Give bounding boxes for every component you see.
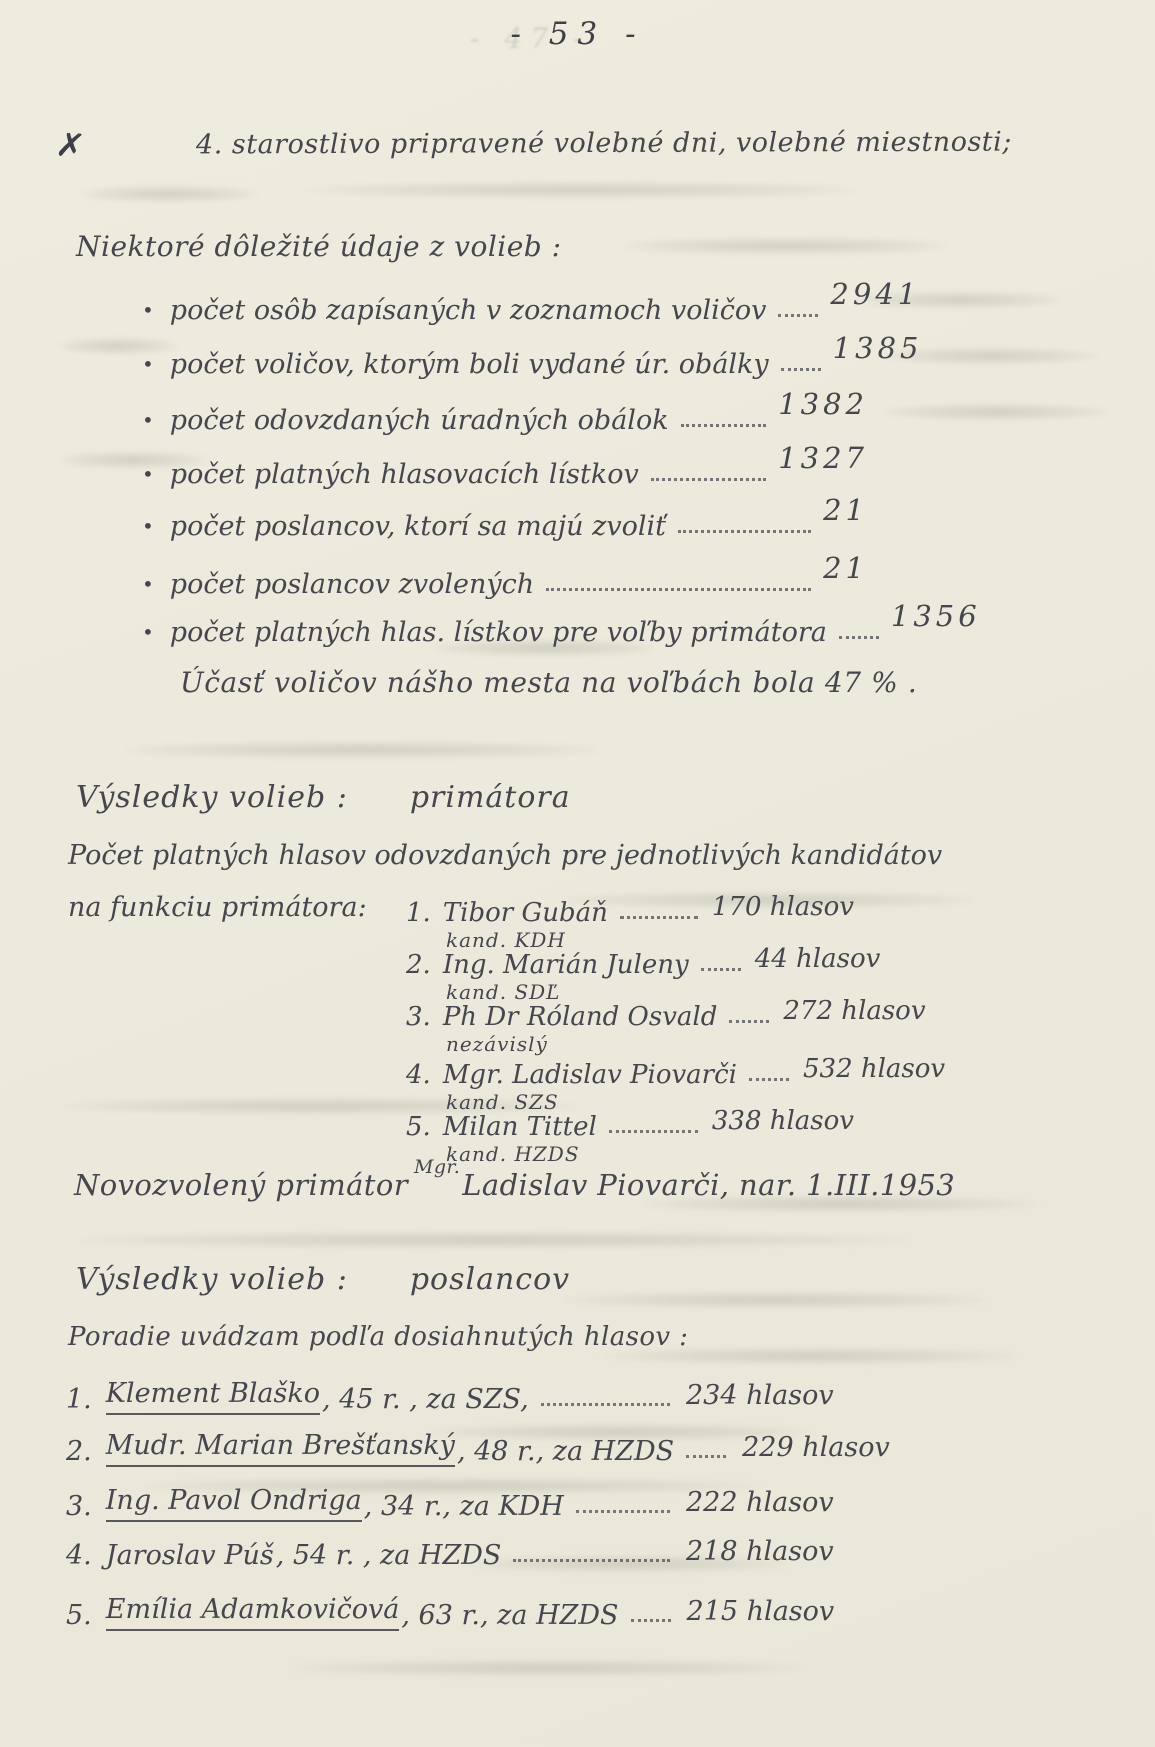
deputy-votes: 229 hlasov [742,1432,900,1463]
dotted-leader [701,968,741,971]
dotted-leader [781,368,821,371]
ink-bleed-texture [880,404,1110,420]
dotted-leader [749,1078,789,1081]
deputy-detail: , 45 r. , za SZS, [322,1384,529,1415]
deputy-votes: 222 hlasov [686,1487,844,1518]
ink-bleed-texture [120,742,600,758]
stat-row: • počet poslancov zvolených 21 [142,566,868,600]
candidate-party: nezávislý [446,1032,548,1056]
stat-label: počet poslancov zvolených [170,569,534,600]
candidate-name: Milan Tittel [443,1112,597,1142]
elected-suffix: Ladislav Piovarči, nar. 1.III.1953 [462,1168,955,1202]
candidate-votes: 272 hlasov [783,996,925,1026]
list-item-4-line: 4. starostlivo pripravené volebné dni, v… [196,127,1012,161]
stat-value: 1327 [778,441,868,475]
candidate-name: Ph Dr Róland Osvald [443,1002,718,1032]
council-results-heading: Výsledky volieb :poslancov [76,1262,570,1297]
page-number: - 53 - [0,16,1155,52]
ink-bleed-texture [300,182,860,198]
chronicle-page: - 47 - - 53 - ✗ 4. starostlivo pripraven… [0,0,1155,1747]
candidate-name: Tibor Gubáň [443,898,608,928]
deputy-name: Mudr. Marian Brešťanský [106,1430,455,1467]
deputy-row: 3. Ing. Pavol Ondriga , 34 r., za KDH 22… [66,1485,844,1522]
stat-row: • počet osôb zapísaných v zoznamoch voli… [142,292,868,326]
stats-heading: Niektoré dôležité údaje z volieb : [76,230,562,263]
candidate-number: 2. [406,950,431,980]
deputy-name: Ing. Pavol Ondriga [106,1485,362,1522]
ink-bleed-texture [70,1232,910,1248]
candidate-votes: 44 hlasov [755,944,881,974]
deputy-name: Jaroslav Púš [106,1540,274,1571]
candidate-number: 3. [406,1002,431,1032]
deputy-row: 1. Klement Blaško , 45 r. , za SZS, 234 … [66,1378,844,1415]
stat-row: • počet poslancov, ktorí sa majú zvoliť … [142,508,868,542]
candidate-row: 2. Ing. Marián Juleny 44 hlasov [406,950,854,980]
deputy-row: 2. Mudr. Marian Brešťanský , 48 r., za H… [66,1430,844,1467]
candidate-votes: 532 hlasov [803,1054,945,1084]
deputy-name: Klement Blaško [106,1378,320,1415]
dotted-leader [729,1020,769,1023]
dotted-leader [513,1559,670,1562]
deputy-detail: , 63 r., za HZDS [401,1600,618,1631]
stat-label: počet voličov, ktorým boli vydané úr. ob… [170,349,769,380]
heading-prefix: Výsledky volieb : [76,1262,348,1297]
dotted-leader [541,1403,670,1406]
deputy-number: 1. [66,1384,92,1415]
stat-label: počet odovzdaných úradných obálok [170,405,669,436]
dotted-leader [576,1510,670,1513]
bullet-dot-icon: • [142,462,154,486]
candidate-party: kand. SDĽ [446,980,560,1004]
stat-value: 1385 [833,331,923,365]
bullet-dot-icon: • [142,352,154,376]
dotted-leader [686,1455,726,1458]
deputy-detail: , 54 r. , za HZDS [276,1540,502,1571]
candidate-number: 4. [406,1060,431,1090]
dotted-leader [681,424,767,427]
stat-label: počet poslancov, ktorí sa majú zvoliť [170,511,666,542]
stat-label: počet osôb zapísaných v zoznamoch voličo… [170,295,767,326]
bullet-dot-icon: • [142,514,154,538]
stat-row: • počet platných hlasovacích lístkov 132… [142,456,868,490]
candidate-party: kand. SZS [446,1090,559,1114]
dotted-leader [620,916,698,919]
ink-bleed-texture [290,1660,810,1676]
candidate-number: 1. [406,898,431,928]
candidate-row: 5. Milan Tittel 338 hlasov [406,1112,854,1142]
bullet-dot-icon: • [142,620,154,644]
bullet-dot-icon: • [142,572,154,596]
deputy-votes: 215 hlasov [687,1596,845,1627]
stat-value: 1356 [891,599,981,633]
order-line: Poradie uvádzam podľa dosiahnutých hlaso… [68,1322,688,1352]
heading-subject: primátora [410,780,571,815]
mayor-intro-line-1: Počet platných hlasov odovzdaných pre je… [68,840,942,871]
stat-value: 2941 [830,277,920,311]
ink-bleed-texture [620,238,950,254]
dotted-leader [839,636,879,639]
deputy-votes: 234 hlasov [686,1380,844,1411]
heading-subject: poslancov [410,1262,570,1297]
deputy-name: Emília Adamkovičová [106,1594,400,1631]
elected-mayor-line: Novozvolený primátorMgr.Ladislav Piovarč… [74,1168,955,1202]
margin-deletion-mark: ✗ [53,124,87,168]
dotted-leader [778,314,818,317]
elected-prefix: Novozvolený primátor [74,1168,408,1202]
turnout-line: Účasť voličov nášho mesta na voľbách bol… [180,666,917,699]
mayor-results-heading: Výsledky volieb :primátora [76,780,571,815]
candidate-party: kand. KDH [446,928,566,952]
stat-value: 21 [823,493,868,527]
deputy-votes: 218 hlasov [686,1536,844,1567]
dotted-leader [631,1619,671,1622]
deputy-row: 4. Jaroslav Púš , 54 r. , za HZDS 218 hl… [66,1540,844,1571]
stat-row: • počet odovzdaných úradných obálok 1382 [142,402,868,436]
stat-row: • počet platných hlas. lístkov pre voľby… [142,614,868,648]
candidate-votes: 338 hlasov [712,1106,854,1136]
heading-prefix: Výsledky volieb : [76,780,348,815]
candidate-row: 4. Mgr. Ladislav Piovarči 532 hlasov [406,1060,854,1090]
candidate-number: 5. [406,1112,431,1142]
deputy-row: 5. Emília Adamkovičová , 63 r., za HZDS … [66,1594,844,1631]
candidate-name: Ing. Marián Juleny [443,950,689,980]
candidate-row: 1. Tibor Gubáň 170 hlasov [406,898,854,928]
ink-bleed-texture [80,186,260,202]
stat-label: počet platných hlas. lístkov pre voľby p… [170,617,827,648]
mayor-intro-line-2: na funkciu primátora: [68,892,367,923]
deputy-number: 2. [66,1436,92,1467]
deputy-detail: , 34 r., za KDH [364,1491,564,1522]
ink-bleed-texture [560,1292,990,1308]
candidate-votes: 170 hlasov [712,892,854,922]
deputy-number: 5. [66,1600,92,1631]
dotted-leader [546,588,811,591]
bullet-dot-icon: • [142,298,154,322]
candidate-name: Mgr. Ladislav Piovarči [443,1060,737,1090]
dotted-leader [609,1130,698,1133]
stat-row: • počet voličov, ktorým boli vydané úr. … [142,346,868,380]
candidate-party: kand. HZDS [446,1142,580,1166]
bullet-dot-icon: • [142,408,154,432]
dotted-leader [678,530,811,533]
stat-value: 1382 [778,387,868,421]
deputy-number: 4. [66,1540,92,1571]
deputy-detail: , 48 r., za HZDS [457,1436,674,1467]
elected-title-insert: Mgr. [414,1156,460,1178]
dotted-leader [651,478,766,481]
stat-label: počet platných hlasovacích lístkov [170,459,639,490]
stat-value: 21 [823,551,868,585]
candidate-row: 3. Ph Dr Róland Osvald 272 hlasov [406,1002,854,1032]
deputy-number: 3. [66,1491,92,1522]
